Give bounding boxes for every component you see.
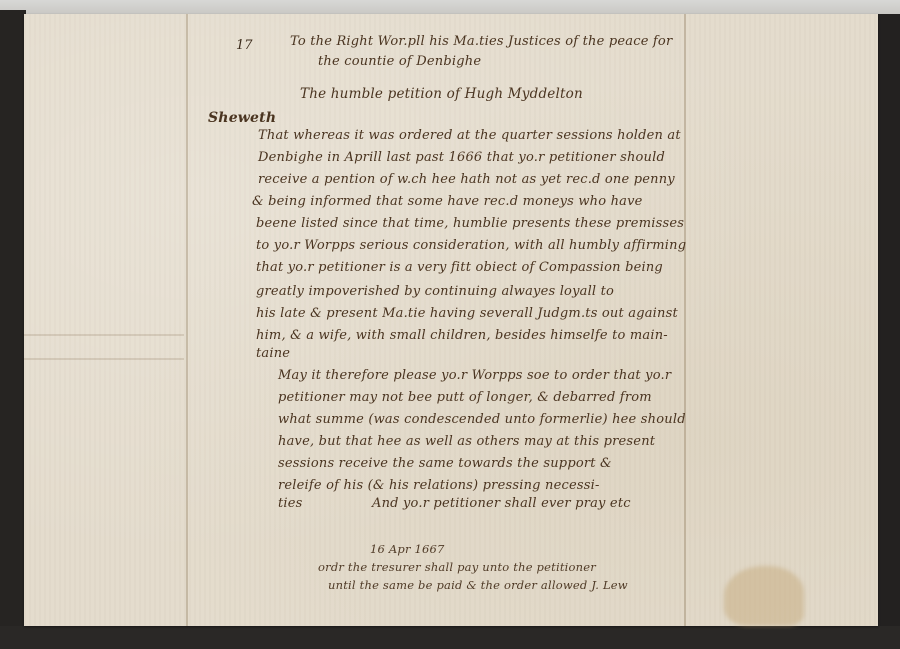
body-line: beene listed since that time, humblie pr… [256,216,684,231]
body-line: That whereas it was ordered at the quart… [258,128,681,143]
folio-number: 17 [236,38,253,53]
prayer-line: petitioner may not bee putt of longer, &… [278,390,652,405]
endorsement-line: ordr the tresurer shall pay unto the pet… [318,560,596,574]
body-line: him, & a wife, with small children, besi… [256,328,668,343]
petition-title: The humble petition of Hugh Myddelton [300,86,583,102]
background-left [0,10,26,649]
endorsement-line: until the same be paid & the order allow… [328,578,628,592]
fold-line-horizontal-2 [24,358,184,360]
fold-line-vertical-left [186,14,188,626]
prayer-line: ties [278,496,303,511]
closing-line: And yo.r petitioner shall ever pray etc [372,496,631,511]
water-stain [724,566,804,626]
address-line: To the Right Wor.pll his Ma.ties Justice… [290,34,672,49]
body-line: greatly impoverished by continuing alway… [256,284,614,299]
scanner-top-edge [0,0,900,14]
fold-line-horizontal [24,334,184,336]
body-line: his late & present Ma.tie having several… [256,306,678,321]
prayer-line: sessions receive the same towards the su… [278,456,612,471]
body-line: that yo.r petitioner is a very fitt obie… [256,260,663,275]
body-line: taine [256,346,290,361]
salutation: Sheweth [208,110,276,126]
address-line: the countie of Denbighe [318,54,481,69]
fold-line-vertical-right [684,14,686,626]
background-bottom [0,626,900,649]
body-line: Denbighe in Aprill last past 1666 that y… [258,150,665,165]
background-right [878,14,900,649]
prayer-line: what summe (was condescended unto former… [278,412,686,427]
body-line: to yo.r Worpps serious consideration, wi… [256,238,686,253]
prayer-line: releife of his (& his relations) pressin… [278,478,600,493]
endorsement-date: 16 Apr 1667 [370,542,445,556]
prayer-line: have, but that hee as well as others may… [278,434,655,449]
body-line: receive a pention of w.ch hee hath not a… [258,172,675,187]
prayer-line: May it therefore please yo.r Worpps soe … [278,368,671,383]
body-line: & being informed that some have rec.d mo… [252,194,643,209]
